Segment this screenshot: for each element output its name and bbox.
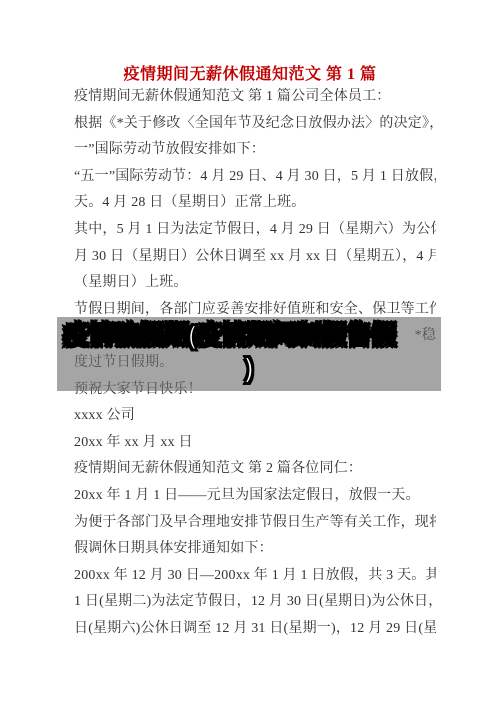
text-line: “五一”国际劳动节：4 月 29 日、4 月 30 日，5 月 1 日放假，共 … (74, 164, 436, 191)
text-line: 为便于各部门及早合理地安排节假日生产等有关工作，现将元旦放 (74, 510, 436, 537)
document-page: 疫情期间无薪休假通知范文 第 1 篇 疫情期间无薪休假通知范文 第 1 篇公司全… (0, 0, 500, 706)
text-line: 一”国际劳动节放假安排如下： (74, 137, 436, 164)
watermark-title-line2: ) (57, 349, 441, 387)
text-line: xxxx 公司 (74, 403, 436, 430)
text-line: 日(星期六)公休日调至 12 月 31 日(星期一)，12 月 29 日(星期六… (74, 616, 436, 643)
watermark-title-line1: 疫情骗假期(疫情期间制假售假 (63, 319, 396, 351)
text-line: 根据《*关于修改〈全国年节及纪念日放假办法〉的决定》，我司“五 (74, 111, 436, 138)
text-line: 20xx 年 1 月 1 日——元旦为国家法定假日，放假一天。 (74, 483, 436, 510)
text-line: 天。4 月 28 日（星期日）正常上班。 (74, 190, 436, 217)
text-line: （星期日）上班。 (74, 270, 436, 297)
watermark-band: 疫情骗假期(疫情期间制假售假 ) (57, 317, 441, 391)
text-line: 疫情期间无薪休假通知范文 第 1 篇公司全体员工： (74, 84, 436, 111)
document-title: 疫情期间无薪休假通知范文 第 1 篇 (0, 61, 500, 84)
text-line: 月 30 日（星期日）公休日调至 xx 月 xx 日（星期五），4 月 28 日 (74, 244, 436, 271)
text-line: 疫情期间无薪休假通知范文 第 2 篇各位同仁： (74, 456, 436, 483)
text-line: 1 日(星期二)为法定节假日，12 月 30 日(星期日)为公休日，12 月 2… (74, 589, 436, 616)
text-line: 20xx 年 xx 月 xx 日 (74, 430, 436, 457)
text-line: 200xx 年 12 月 30 日—200xx 年 1 月 1 日放假，共 3 … (74, 563, 436, 590)
text-line: 假调休日期具体安排通知如下： (74, 536, 436, 563)
text-line: 其中，5 月 1 日为法定节假日，4 月 29 日（星期六）为公休日，4 (74, 217, 436, 244)
